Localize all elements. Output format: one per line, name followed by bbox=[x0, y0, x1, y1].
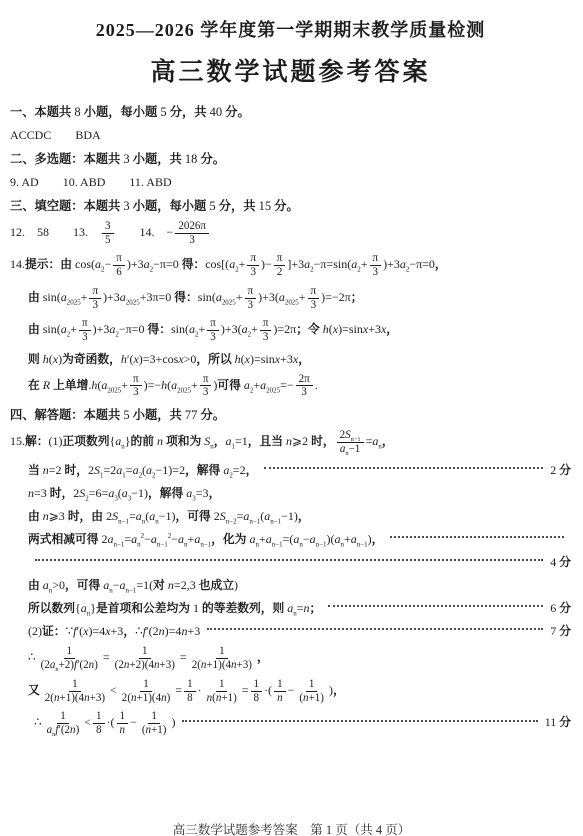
line-text: ∴1(2an+2)f′(2n)=1(2n+2)(4n+3)=12(n+1)(4n… bbox=[28, 645, 269, 671]
fraction-denominator: 3 bbox=[207, 331, 219, 344]
math-variable: x bbox=[83, 624, 88, 638]
fraction-denominator: 3 bbox=[247, 266, 259, 279]
fraction-denominator: 3 bbox=[370, 266, 382, 279]
subscript: 2025 bbox=[67, 298, 81, 306]
solution-line: 则 h(x)为奇函数，h′(x)=3+cosx>0，所以 h(x)=sinx+3… bbox=[10, 350, 571, 367]
fraction-numerator: 1 bbox=[57, 710, 69, 724]
fraction: 12(n+1)(4n+3) bbox=[189, 645, 255, 671]
cjk-text: 对 bbox=[153, 579, 165, 592]
subscript: n bbox=[184, 541, 187, 549]
fraction-numerator: 3 bbox=[102, 220, 114, 234]
subscript: 2 bbox=[250, 386, 253, 394]
cjk-text: 一、本题共 bbox=[10, 105, 71, 119]
superscript: 2 bbox=[141, 532, 144, 540]
solution-line: 12. 58 13. 35 14. −2026π3 bbox=[10, 220, 571, 246]
line-text: 则 h(x)为奇函数，h′(x)=3+cosx>0，所以 h(x)=sinx+3… bbox=[28, 350, 310, 367]
cjk-text: ； bbox=[310, 602, 322, 615]
math-variable: n bbox=[54, 692, 60, 704]
document-page: 2025—2026 学年度第一学期期末教学质量检测 高三数学试题参考答案 一、本… bbox=[0, 0, 583, 737]
line-text: 由 sin(a2025+π3)+3a2025+3π=0 得：sin(a2025+… bbox=[28, 285, 362, 311]
subscript: n bbox=[109, 587, 112, 595]
fraction-numerator: π bbox=[274, 252, 286, 266]
cjk-text: 小题，每小题 bbox=[133, 199, 207, 213]
cjk-text: ； bbox=[351, 291, 363, 304]
line-text: 又12(n+1)(4n+3)<12(n+1)(4n)=18·1n(n+1)=18… bbox=[28, 678, 345, 704]
line-text: 三、填空题：本题共 3 小题，每小题 5 分，共 15 分。 bbox=[10, 196, 299, 214]
math-variable: h bbox=[323, 322, 329, 336]
line-text: 在 R 上单增.h(a2025+π3)=−h(a2025+π3)可得 a2+a2… bbox=[28, 373, 318, 399]
subscript: n bbox=[121, 442, 124, 450]
fraction: 1n(n+1) bbox=[204, 678, 240, 704]
fraction-denominator: 2(n+1)(4n+3) bbox=[42, 692, 108, 705]
fraction-numerator: π bbox=[207, 317, 219, 331]
cjk-text: 又 bbox=[28, 684, 40, 697]
fraction: π3 bbox=[247, 252, 259, 278]
fraction-numerator: 2026π bbox=[175, 220, 209, 234]
fraction-numerator: π bbox=[89, 285, 101, 299]
page-footer: 高三数学试题参考答案 第 1 页（共 4 页） bbox=[0, 820, 583, 836]
cjk-text: 正项数列 bbox=[63, 435, 110, 448]
line-text: ACCDC BDA bbox=[10, 126, 101, 143]
cjk-text: 三、填空题：本题共 bbox=[10, 199, 120, 213]
fraction-numerator: 2Sn−1 bbox=[337, 429, 364, 443]
subscript: n−1 bbox=[157, 541, 168, 549]
subscript: n bbox=[340, 541, 343, 549]
fraction-denominator: (2n+2)(4n+3) bbox=[112, 659, 178, 672]
solution-line: 由 sin(a2025+π3)+3a2025+3π=0 得：sin(a2025+… bbox=[10, 285, 571, 311]
cjk-text: 分。 bbox=[201, 408, 226, 422]
subscript: 2025 bbox=[266, 386, 280, 394]
fraction-denominator: 2(n+1)(4n) bbox=[119, 692, 174, 705]
subscript: 2025 bbox=[177, 386, 191, 394]
fraction-denominator: n(n+1) bbox=[204, 692, 240, 705]
cjk-text: 四、解答题：本题共 bbox=[10, 408, 120, 422]
math-variable: x bbox=[53, 352, 58, 366]
subscript: n bbox=[299, 541, 302, 549]
subscript: n bbox=[49, 587, 52, 595]
fraction-numerator: 2π bbox=[296, 373, 313, 387]
cjk-text: ，解得 bbox=[148, 487, 183, 500]
fraction-denominator: 8 bbox=[251, 692, 263, 705]
fraction: π3 bbox=[130, 373, 142, 399]
fraction-numerator: 1 bbox=[184, 678, 196, 692]
subscript: 2 bbox=[115, 331, 118, 339]
dots-leader bbox=[328, 605, 543, 607]
fraction: 2Sn−1an−1 bbox=[337, 429, 364, 455]
subscript: n bbox=[87, 610, 90, 618]
subscript: n−1 bbox=[118, 518, 129, 526]
fraction: π3 bbox=[200, 373, 212, 399]
cjk-text: 得： bbox=[182, 258, 206, 271]
cjk-text: ， bbox=[246, 464, 258, 477]
math-variable: n bbox=[146, 724, 152, 736]
cjk-text: ， bbox=[333, 684, 345, 697]
fraction: π3 bbox=[370, 252, 382, 278]
fraction: 2026π3 bbox=[175, 220, 209, 246]
fraction-numerator: π bbox=[245, 285, 257, 299]
subscript: n−1 bbox=[126, 587, 137, 595]
fraction: 1(2n+2)(4n+3) bbox=[112, 645, 178, 671]
fraction-denominator: n bbox=[274, 692, 286, 705]
score-label: 11 分 bbox=[545, 713, 571, 730]
math-variable: n bbox=[84, 692, 90, 704]
subscript: n bbox=[137, 541, 140, 549]
subscript: 3 bbox=[192, 495, 195, 503]
line-text: 15.解：(1)正项数列{an}的前 n 项和为 Sn，a1=1，且当 n⩾2 … bbox=[10, 429, 394, 455]
cjk-text: ，且当 bbox=[248, 435, 283, 448]
fraction-denominator: 2(n+1)(4n+3) bbox=[189, 659, 255, 672]
cjk-text: 分 bbox=[559, 625, 571, 638]
line-text: 由 sin(a2+π3)+3a2−π=0 得：sin(a2+π3)+3(a2+π… bbox=[28, 317, 398, 343]
subscript: 2 bbox=[195, 331, 198, 339]
math-variable: h bbox=[161, 378, 167, 392]
fraction: 1n bbox=[117, 710, 129, 736]
math-variable: x bbox=[275, 352, 280, 366]
document-body: 一、本题共 8 小题，每小题 5 分，共 40 分。ACCDC BDA二、多选题… bbox=[10, 102, 571, 737]
math-variable: h bbox=[235, 352, 241, 366]
solution-line: ∴1(2an+2)f′(2n)=1(2n+2)(4n+3)=12(n+1)(4n… bbox=[10, 645, 571, 671]
cjk-text: 时，由 bbox=[68, 510, 103, 523]
math-variable: n bbox=[231, 659, 237, 671]
math-variable: n bbox=[286, 434, 292, 448]
subscript: n−1 bbox=[249, 518, 260, 526]
fraction-numerator: 1 bbox=[139, 645, 151, 659]
subscript: 2 bbox=[67, 331, 70, 339]
solution-line: 在 R 上单增.h(a2025+π3)=−h(a2025+π3)可得 a2+a2… bbox=[10, 373, 571, 399]
cjk-text: 由 bbox=[28, 323, 40, 336]
solution-line: 15.解：(1)正项数列{an}的前 n 项和为 Sn，a1=1，且当 n⩾2 … bbox=[10, 429, 571, 455]
subscript: n bbox=[255, 541, 258, 549]
cjk-text: 小题，每小题 bbox=[84, 105, 158, 119]
dots-leader bbox=[207, 628, 543, 630]
fraction-denominator: (2an+2)f′(2n) bbox=[38, 659, 101, 672]
cjk-text: 小题，共 bbox=[133, 408, 182, 422]
fraction-numerator: π bbox=[308, 285, 320, 299]
cjk-text: 两式相减可得 bbox=[28, 533, 99, 546]
superscript: 2 bbox=[168, 532, 171, 540]
fraction: π3 bbox=[79, 317, 91, 343]
cjk-text: ， bbox=[214, 435, 226, 448]
line-text: 当 n=2 时，2S1=2a1=a2(a2−1)=2，解得 a2=2， bbox=[28, 461, 257, 478]
cjk-text: 在 bbox=[28, 379, 40, 392]
math-variable: n bbox=[154, 659, 160, 671]
math-variable: n bbox=[124, 659, 130, 671]
solution-line: 两式相减可得 2an−1=an2−an−12−an+an−1，化为 an+an−… bbox=[10, 530, 571, 547]
exam-answer-page: { "header": { "exam_session": "2025—2026… bbox=[0, 0, 583, 836]
fraction: π2 bbox=[274, 252, 286, 278]
line-text: 14.提示：由 cos(a2−π6)+3a2−π=0 得：cos[(a2+π3)… bbox=[10, 252, 447, 278]
subscript: 2 bbox=[310, 266, 313, 274]
subscript: n−1 bbox=[316, 541, 327, 549]
subscript: 3 bbox=[128, 495, 131, 503]
cjk-text: 时， bbox=[311, 435, 335, 448]
solution-line: ∴1anf′(2n)<18·(1n−1(n+1))11 分 bbox=[10, 710, 571, 736]
cjk-text: 证： bbox=[42, 625, 66, 638]
section-heading: 四、解答题：本题共 5 小题，共 77 分。 bbox=[10, 405, 571, 423]
math-variable: n bbox=[201, 659, 207, 671]
math-variable: x bbox=[333, 322, 338, 336]
score-label: 2 分 bbox=[550, 461, 571, 478]
solution-line: 14.提示：由 cos(a2−π6)+3a2−π=0 得：cos[(a2+π3)… bbox=[10, 252, 571, 278]
fraction-denominator: 8 bbox=[93, 724, 105, 737]
subscript: n−1 bbox=[357, 541, 368, 549]
score-label: 4 分 bbox=[550, 553, 571, 570]
subscript: 2 bbox=[101, 266, 104, 274]
subscript: n bbox=[345, 450, 348, 457]
subscript: n bbox=[55, 666, 58, 673]
fraction: 35 bbox=[102, 220, 114, 246]
subscript: 2 bbox=[139, 472, 142, 480]
subscript: 2 bbox=[85, 495, 88, 503]
subscript: 3 bbox=[114, 495, 117, 503]
solution-line: 又12(n+1)(4n+3)<12(n+1)(4n)=18·1n(n+1)=18… bbox=[10, 678, 571, 704]
cjk-text: 由 bbox=[28, 291, 40, 304]
section-heading: 三、填空题：本题共 3 小题，每小题 5 分，共 15 分。 bbox=[10, 196, 571, 214]
fraction-numerator: 1 bbox=[117, 710, 129, 724]
fraction-denominator: 3 bbox=[79, 331, 91, 344]
math-variable: x bbox=[133, 352, 138, 366]
line-text: 两式相减可得 2an−1=an2−an−12−an+an−1，化为 an+an−… bbox=[28, 530, 383, 547]
cjk-text: ， bbox=[372, 533, 384, 546]
subscript: 2 bbox=[248, 331, 251, 339]
math-variable: x bbox=[105, 624, 110, 638]
fraction-denominator: 3 bbox=[298, 386, 310, 399]
cjk-text: 所以数列 bbox=[28, 602, 75, 615]
subscript: 2 bbox=[357, 266, 360, 274]
math-variable: h bbox=[121, 352, 127, 366]
dots-leader bbox=[182, 720, 537, 722]
math-variable: n bbox=[161, 692, 167, 704]
cjk-text: ， bbox=[382, 435, 394, 448]
subscript: 1 bbox=[232, 442, 235, 450]
score-label: 7 分 bbox=[550, 622, 571, 639]
cjk-text: 分 bbox=[559, 716, 571, 729]
cjk-text: ，化为 bbox=[211, 533, 246, 546]
fraction-denominator: n bbox=[117, 724, 129, 737]
section-heading: 一、本题共 8 小题，每小题 5 分，共 40 分。 bbox=[10, 102, 571, 120]
fraction-denominator: 3 bbox=[130, 386, 142, 399]
line-text: 由 n⩾3 时，由 2Sn−1=an(an−1)，可得 2Sn−2=an−1(a… bbox=[28, 507, 310, 524]
fraction: π3 bbox=[89, 285, 101, 311]
answer-line: 9. AD 10. ABD 11. ABD bbox=[10, 173, 571, 190]
cjk-text: 得： bbox=[174, 291, 198, 304]
cjk-text: 则 bbox=[28, 353, 40, 366]
cjk-text: 分，共 bbox=[219, 199, 256, 213]
fraction-numerator: 1 bbox=[306, 678, 318, 692]
math-variable: n bbox=[43, 509, 49, 523]
line-text: (2)证：∵f′(x)=4x+3，∴f′(2n)=4n+3 bbox=[28, 622, 200, 639]
subscript: n−2 bbox=[226, 518, 237, 526]
line-text: 12. 58 13. 35 14. −2026π3 bbox=[10, 220, 211, 246]
line-text: 二、多选题：本题共 3 小题，共 18 分。 bbox=[10, 149, 225, 167]
cjk-text: 的前 bbox=[131, 435, 155, 448]
subscript: n−1 bbox=[270, 518, 281, 526]
cjk-text: 二、多选题：本题共 bbox=[10, 152, 120, 166]
cjk-text: ， bbox=[209, 487, 221, 500]
cjk-text: 由 bbox=[28, 510, 40, 523]
math-variable: n bbox=[120, 724, 126, 736]
cjk-text: 分。 bbox=[225, 105, 250, 119]
solution-line: 由 n⩾3 时，由 2Sn−1=an(an−1)，可得 2Sn−2=an−1(a… bbox=[10, 507, 571, 524]
section-heading: 二、多选题：本题共 3 小题，共 18 分。 bbox=[10, 149, 571, 167]
cjk-text: 分 bbox=[559, 556, 571, 569]
subscript: n bbox=[142, 518, 145, 526]
fraction-numerator: π bbox=[260, 317, 272, 331]
fraction: 1(n+1) bbox=[296, 678, 327, 704]
math-variable: n bbox=[43, 463, 49, 477]
solution-line: 所以数列{an}是首项和公差均为 1 的等差数列，则 an=n；6 分 bbox=[10, 599, 571, 616]
dots-leader bbox=[35, 559, 543, 561]
cjk-text: ， bbox=[257, 651, 269, 664]
cjk-text: 可得 bbox=[217, 379, 241, 392]
fraction: 1(n+1) bbox=[139, 710, 170, 736]
fraction-denominator: 3 bbox=[245, 299, 257, 312]
subscript: 2025 bbox=[126, 298, 140, 306]
cjk-text: ， bbox=[298, 353, 310, 366]
cjk-text: ， bbox=[435, 258, 447, 271]
math-variable: n bbox=[181, 624, 187, 638]
cjk-text: 分 bbox=[559, 464, 571, 477]
cjk-text: ，解得 bbox=[185, 464, 220, 477]
subscript: 2 bbox=[150, 266, 153, 274]
cjk-text: ，可得 bbox=[175, 510, 210, 523]
math-variable: n bbox=[159, 624, 165, 638]
subscript: n bbox=[155, 518, 158, 526]
fraction: π3 bbox=[260, 317, 272, 343]
cjk-text: ， bbox=[123, 625, 135, 638]
subscript: 1 bbox=[122, 472, 125, 480]
fraction-denominator: anf′(2n) bbox=[44, 724, 83, 737]
cjk-text: 时， bbox=[65, 464, 89, 477]
math-variable: f bbox=[73, 624, 76, 638]
cjk-text: 分，共 bbox=[170, 105, 207, 119]
fraction: 1anf′(2n) bbox=[44, 710, 83, 736]
fraction-numerator: 1 bbox=[69, 678, 81, 692]
cjk-text: 分 bbox=[559, 602, 571, 615]
fraction-denominator: 3 bbox=[260, 331, 272, 344]
cjk-text: 也成立 bbox=[199, 579, 234, 592]
solution-line: 由 sin(a2+π3)+3a2−π=0 得：sin(a2+π3)+3(a2+π… bbox=[10, 317, 571, 343]
fraction: π6 bbox=[113, 252, 125, 278]
answer-line: ACCDC BDA bbox=[10, 126, 571, 143]
subscript: n−1 bbox=[200, 541, 211, 549]
cjk-text: 上单增 bbox=[53, 379, 88, 392]
cjk-text: 由 bbox=[28, 579, 40, 592]
math-variable: n bbox=[303, 692, 309, 704]
fraction-numerator: π bbox=[247, 252, 259, 266]
fraction-numerator: π bbox=[130, 373, 142, 387]
fraction-denominator: (n+1) bbox=[139, 724, 170, 737]
fraction: 12(n+1)(4n) bbox=[119, 678, 174, 704]
fraction-denominator: 2 bbox=[274, 266, 286, 279]
line-text: ∴1anf′(2n)<18·(1n−1(n+1)) bbox=[34, 710, 175, 736]
math-variable: n bbox=[168, 578, 174, 592]
cjk-text: ， bbox=[298, 510, 310, 523]
subscript: n bbox=[293, 610, 296, 618]
cjk-text: 为奇函数， bbox=[62, 353, 121, 366]
subscript: 1 bbox=[100, 472, 103, 480]
fraction-denominator: an−1 bbox=[337, 443, 363, 456]
math-variable: f bbox=[74, 659, 77, 671]
cjk-text: 小题，共 bbox=[133, 152, 182, 166]
line-text: 所以数列{an}是首项和公差均为 1 的等差数列，则 an=n； bbox=[28, 599, 321, 616]
solution-line: 当 n=2 时，2S1=2a1=a2(a2−1)=2，解得 a2=2，2 分 bbox=[10, 461, 571, 478]
fraction-denominator: (n+1) bbox=[296, 692, 327, 705]
cjk-text: ， bbox=[386, 323, 398, 336]
solution-line: n=3 时，2S2=6=a3(a3−1)，解得 a3=3， bbox=[10, 484, 571, 501]
fraction-denominator: 8 bbox=[184, 692, 196, 705]
solution-line: 4 分 bbox=[10, 553, 571, 570]
line-text: 由 an>0，可得 an−an−1=1(对 n=2,3 也成立) bbox=[28, 576, 238, 593]
subscript: 2 bbox=[235, 266, 238, 274]
cjk-text: 分。 bbox=[274, 199, 299, 213]
cjk-text: ；令 bbox=[296, 323, 320, 336]
fraction-numerator: π bbox=[113, 252, 125, 266]
fraction: π3 bbox=[207, 317, 219, 343]
math-variable: n bbox=[216, 692, 222, 704]
subscript: n−1 bbox=[272, 541, 283, 549]
line-text: 9. AD 10. ABD 11. ABD bbox=[10, 173, 172, 190]
cjk-text: 是首项和公差均为 bbox=[96, 602, 190, 615]
fraction: 1n bbox=[274, 678, 286, 704]
fraction-numerator: π bbox=[370, 252, 382, 266]
solution-line: 由 an>0，可得 an−an−1=1(对 n=2,3 也成立) bbox=[10, 576, 571, 593]
fraction: 12(n+1)(4n+3) bbox=[42, 678, 108, 704]
dots-leader bbox=[264, 467, 543, 469]
math-variable: n bbox=[277, 692, 283, 704]
math-variable: n bbox=[207, 692, 213, 704]
cjk-text: 得： bbox=[147, 323, 171, 336]
page-title: 高三数学试题参考答案 bbox=[10, 52, 571, 88]
fraction: 18 bbox=[251, 678, 263, 704]
subscript: 2 bbox=[406, 266, 409, 274]
math-variable: h bbox=[43, 352, 49, 366]
fraction: 1(2an+2)f′(2n) bbox=[38, 645, 101, 671]
fraction-numerator: 1 bbox=[216, 678, 228, 692]
exam-session-title: 2025—2026 学年度第一学期期末教学质量检测 bbox=[10, 16, 571, 42]
subscript: 2025 bbox=[107, 386, 121, 394]
math-variable: x bbox=[363, 322, 368, 336]
math-variable: x bbox=[178, 352, 183, 366]
cjk-text: 当 bbox=[28, 464, 40, 477]
subscript: 2025 bbox=[222, 298, 236, 306]
fraction-denominator: 3 bbox=[200, 386, 212, 399]
fraction-denominator: 3 bbox=[308, 299, 320, 312]
line-text: 四、解答题：本题共 5 小题，共 77 分。 bbox=[10, 405, 225, 423]
math-variable: n bbox=[131, 692, 137, 704]
subscript: 2 bbox=[229, 472, 232, 480]
cjk-text: ，所以 bbox=[196, 353, 231, 366]
math-variable: R bbox=[43, 378, 50, 392]
solution-line: (2)证：∵f′(x)=4x+3，∴f′(2n)=4n+37 分 bbox=[10, 622, 571, 639]
subscript: 2 bbox=[152, 472, 155, 480]
math-variable: f bbox=[55, 724, 58, 736]
fraction-numerator: 1 bbox=[216, 645, 228, 659]
fraction: 18 bbox=[93, 710, 105, 736]
subscript: n−1 bbox=[114, 541, 125, 549]
cjk-text: 解： bbox=[25, 435, 49, 448]
math-variable: x bbox=[245, 352, 250, 366]
fraction-denominator: 5 bbox=[102, 234, 114, 247]
fraction-denominator: 3 bbox=[89, 299, 101, 312]
fraction: π3 bbox=[245, 285, 257, 311]
score-label: 6 分 bbox=[550, 599, 571, 616]
math-variable: f bbox=[143, 624, 146, 638]
fraction-numerator: 1 bbox=[64, 645, 76, 659]
fraction-numerator: π bbox=[200, 373, 212, 387]
cjk-text: 的等差数列，则 bbox=[202, 602, 284, 615]
math-variable: h bbox=[91, 378, 97, 392]
